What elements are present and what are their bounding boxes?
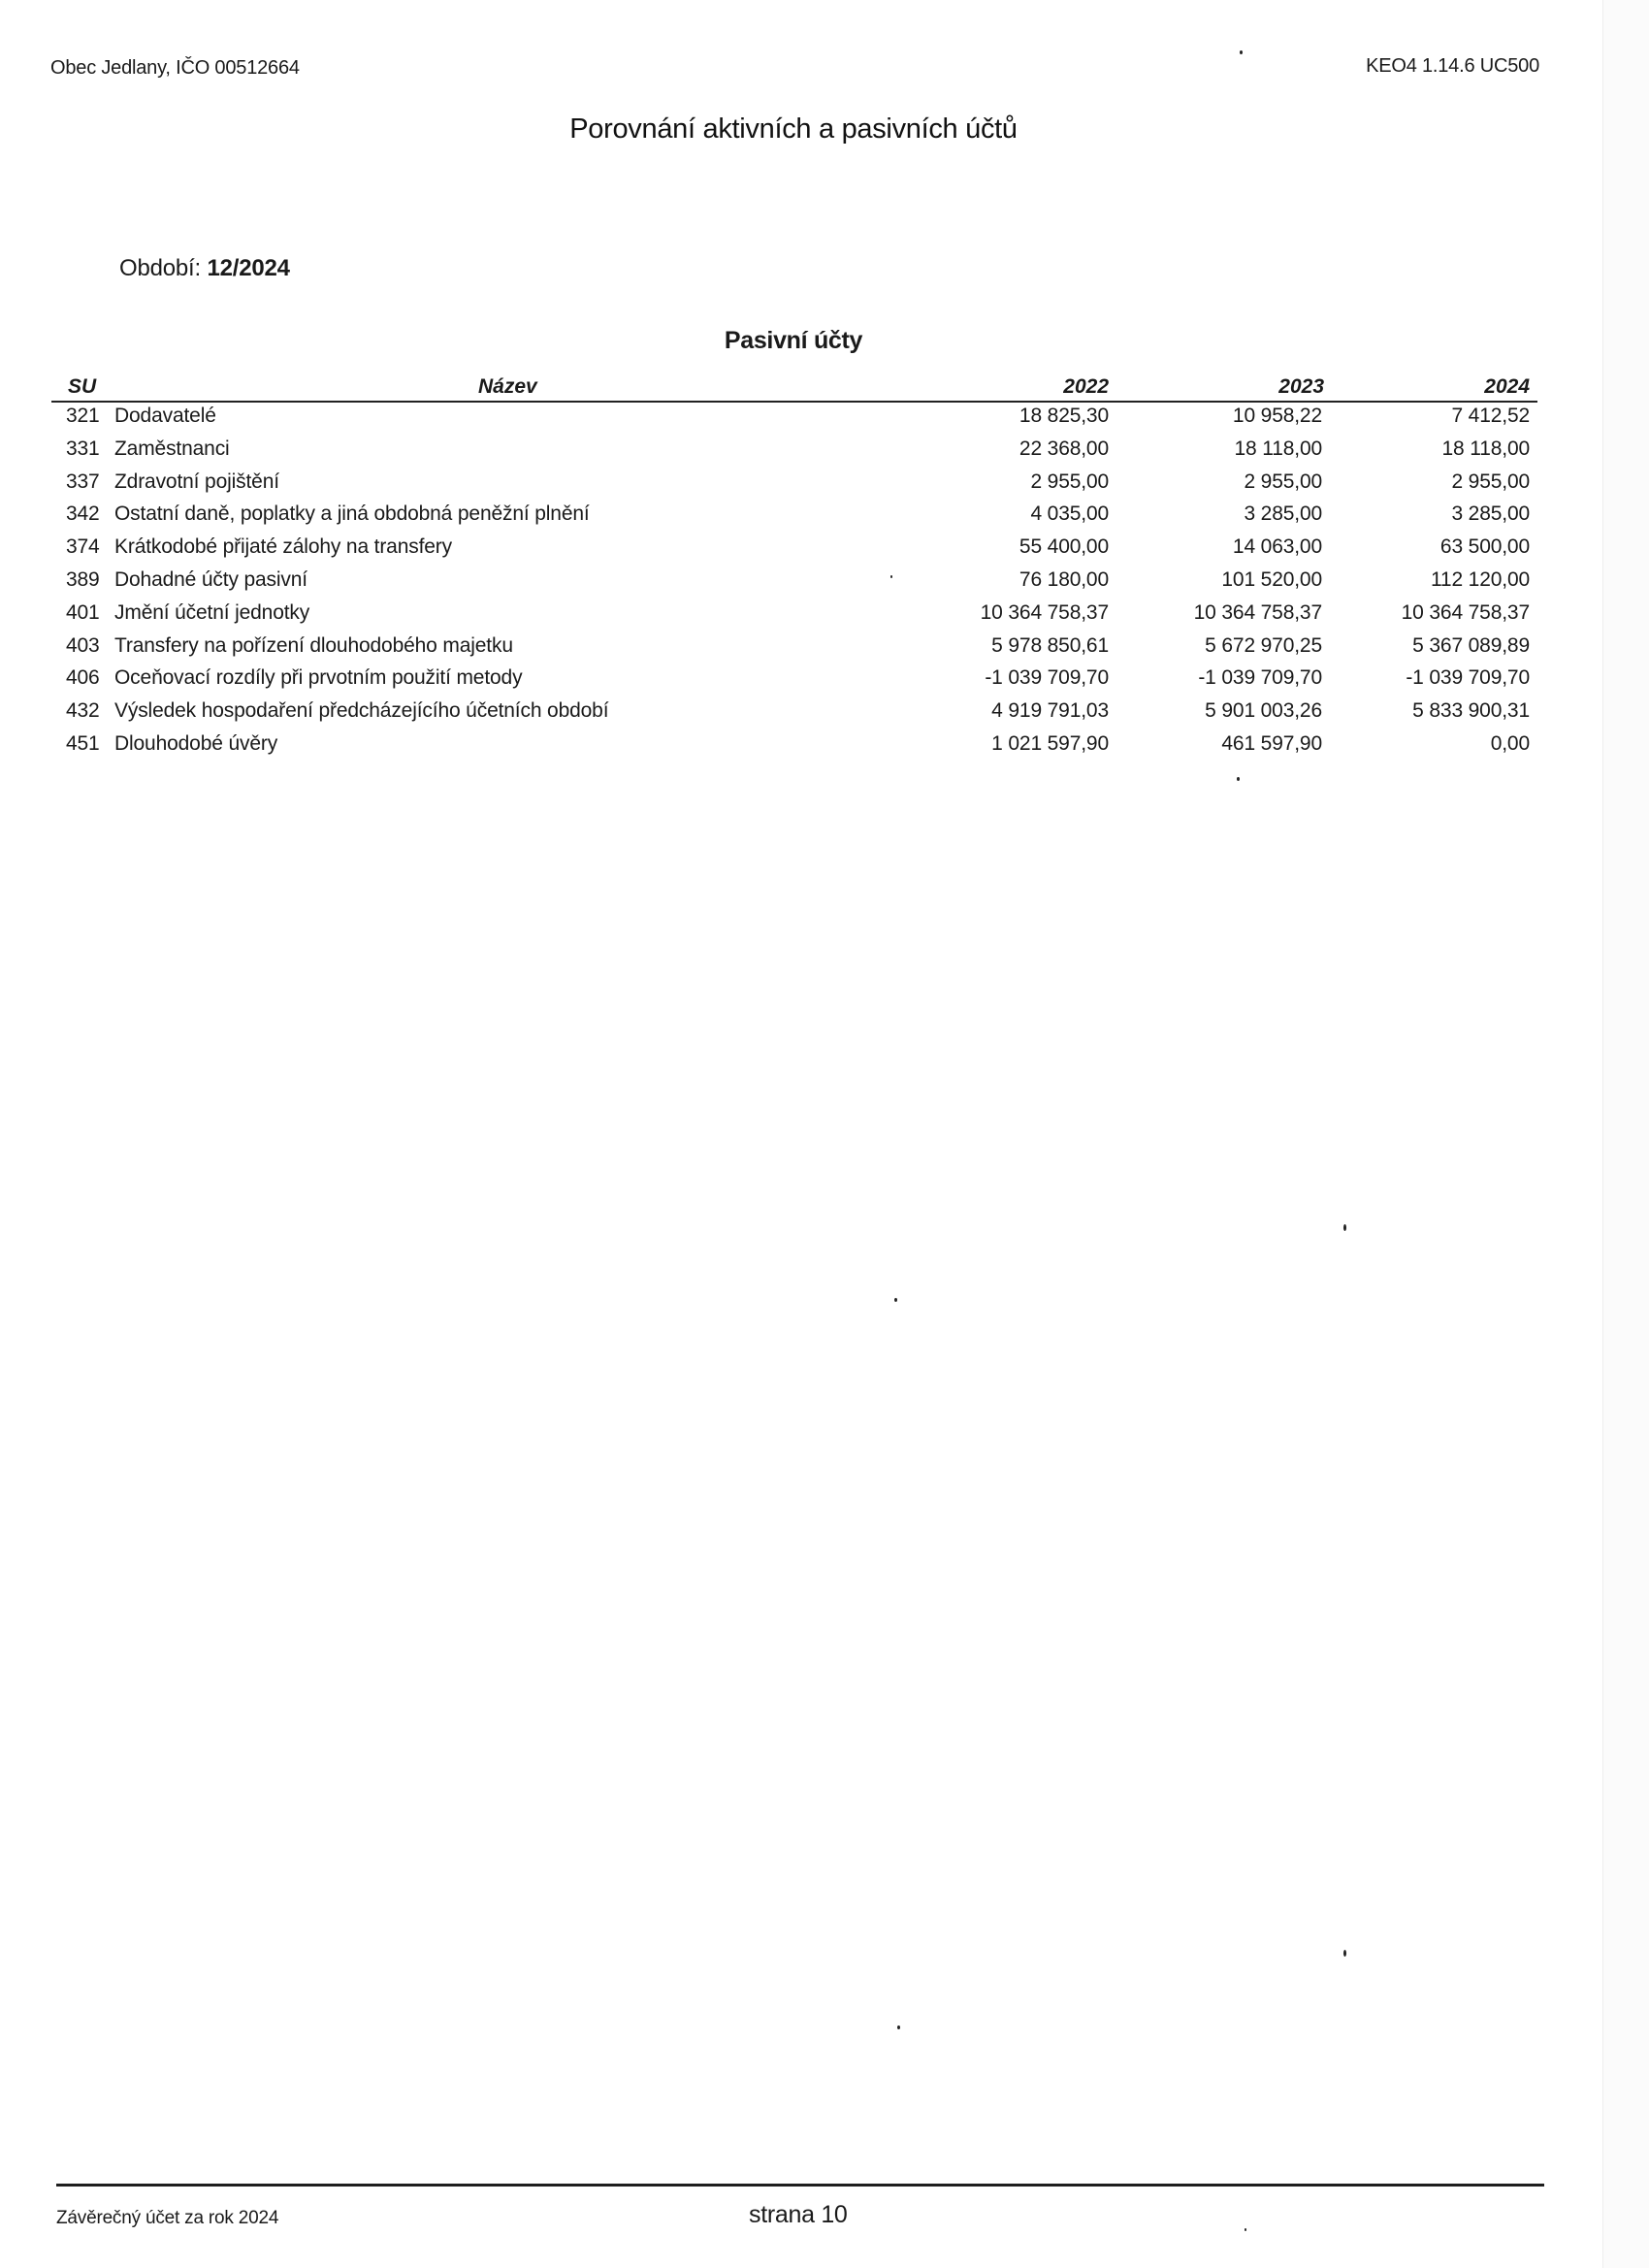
table-row: 389 Dohadné účty pasivní 76 180,00 101 5…: [51, 565, 1537, 598]
scan-speck: [1245, 2228, 1246, 2231]
footer-divider: [56, 2184, 1544, 2187]
value-2024: 63 500,00: [1440, 535, 1530, 559]
account-number: 451: [66, 732, 100, 756]
account-number: 337: [66, 470, 100, 494]
table-row: 321 Dodavatelé 18 825,30 10 958,22 7 412…: [51, 401, 1537, 434]
value-2024: 112 120,00: [1431, 568, 1530, 592]
value-2022: 22 368,00: [1019, 437, 1109, 461]
account-name: Dlouhodobé úvěry: [114, 732, 277, 756]
value-2022: 10 364 758,37: [981, 601, 1109, 625]
value-2022: -1 039 709,70: [985, 666, 1109, 690]
value-2023: 461 597,90: [1221, 732, 1322, 756]
table-row: 406 Oceňovací rozdíly při prvotním použi…: [51, 663, 1537, 696]
value-2023: 101 520,00: [1221, 568, 1322, 592]
table-row: 331 Zaměstnanci 22 368,00 18 118,00 18 1…: [51, 434, 1537, 467]
scan-speck: [1240, 50, 1243, 54]
table-row: 337 Zdravotní pojištění 2 955,00 2 955,0…: [51, 467, 1537, 500]
value-2024: 2 955,00: [1451, 470, 1530, 494]
account-number: 342: [66, 502, 100, 526]
account-number: 401: [66, 601, 100, 625]
value-2024: 5 833 900,31: [1412, 699, 1530, 723]
account-name: Oceňovací rozdíly při prvotním použití m…: [114, 666, 522, 690]
value-2022: 55 400,00: [1019, 535, 1109, 559]
value-2024: 10 364 758,37: [1402, 601, 1530, 625]
section-title: Pasivní účty: [0, 327, 1587, 355]
value-2022: 5 978 850,61: [991, 634, 1109, 658]
account-table-body: 321 Dodavatelé 18 825,30 10 958,22 7 412…: [51, 401, 1537, 761]
table-row: 432 Výsledek hospodaření předcházejícího…: [51, 696, 1537, 729]
page-number: strana 10: [749, 2201, 848, 2229]
value-2024: -1 039 709,70: [1406, 666, 1530, 690]
organization-header: Obec Jedlany, IČO 00512664: [50, 57, 300, 80]
value-2023: 2 955,00: [1244, 470, 1322, 494]
value-2024: 3 285,00: [1451, 502, 1530, 526]
account-number: 321: [66, 405, 100, 428]
value-2024: 5 367 089,89: [1412, 634, 1530, 658]
column-header-su: SU: [68, 375, 96, 399]
scan-edge: [1602, 0, 1649, 2268]
account-name: Dodavatelé: [114, 405, 216, 428]
scan-speck: [897, 2025, 900, 2029]
account-number: 406: [66, 666, 100, 690]
value-2022: 4 919 791,03: [991, 699, 1109, 723]
value-2023: 14 063,00: [1233, 535, 1322, 559]
scan-speck: [894, 1298, 897, 1302]
account-name: Výsledek hospodaření předcházejícího úče…: [114, 699, 608, 723]
period-value: 12/2024: [207, 255, 289, 281]
value-2022: 1 021 597,90: [991, 732, 1109, 756]
table-row: 403 Transfery na pořízení dlouhodobého m…: [51, 631, 1537, 664]
value-2022: 76 180,00: [1019, 568, 1109, 592]
value-2023: 5 672 970,25: [1205, 634, 1322, 658]
value-2024: 18 118,00: [1441, 437, 1530, 461]
account-number: 374: [66, 535, 100, 559]
account-number: 331: [66, 437, 100, 461]
scan-speck: [1343, 1950, 1346, 1957]
footer-document-name: Závěrečný účet za rok 2024: [56, 2208, 278, 2229]
value-2023: -1 039 709,70: [1198, 666, 1322, 690]
period: Období: 12/2024: [119, 255, 290, 282]
scan-speck: [1343, 1224, 1346, 1231]
value-2024: 0,00: [1491, 732, 1530, 756]
software-version: KEO4 1.14.6 UC500: [1366, 55, 1539, 78]
table-row: 451 Dlouhodobé úvěry 1 021 597,90 461 59…: [51, 729, 1537, 761]
value-2022: 18 825,30: [1019, 405, 1109, 428]
column-header-name: Název: [478, 375, 537, 399]
period-label: Období:: [119, 255, 201, 281]
value-2022: 4 035,00: [1030, 502, 1109, 526]
value-2023: 5 901 003,26: [1205, 699, 1322, 723]
report-title: Porovnání aktivních a pasivních účtů: [0, 113, 1587, 146]
account-number: 403: [66, 634, 100, 658]
table-row: 401 Jmění účetní jednotky 10 364 758,37 …: [51, 598, 1537, 631]
value-2023: 10 958,22: [1233, 405, 1322, 428]
table-row: 342 Ostatní daně, poplatky a jiná obdobn…: [51, 499, 1537, 532]
value-2023: 18 118,00: [1234, 437, 1322, 461]
account-name: Dohadné účty pasivní: [114, 568, 307, 592]
column-header-2022: 2022: [1063, 375, 1109, 399]
scan-speck: [890, 575, 892, 578]
account-name: Ostatní daně, poplatky a jiná obdobná pe…: [114, 502, 590, 526]
column-header-2023: 2023: [1278, 375, 1324, 399]
account-number: 432: [66, 699, 100, 723]
table-header: SU Název 2022 2023 2024: [51, 373, 1537, 403]
scan-speck: [1237, 777, 1240, 781]
account-name: Jmění účetní jednotky: [114, 601, 309, 625]
account-name: Zdravotní pojištění: [114, 470, 279, 494]
value-2023: 3 285,00: [1244, 502, 1322, 526]
table-row: 374 Krátkodobé přijaté zálohy na transfe…: [51, 532, 1537, 565]
account-name: Krátkodobé přijaté zálohy na transfery: [114, 535, 452, 559]
value-2024: 7 412,52: [1451, 405, 1530, 428]
value-2023: 10 364 758,37: [1194, 601, 1322, 625]
account-name: Zaměstnanci: [114, 437, 230, 461]
account-number: 389: [66, 568, 100, 592]
value-2022: 2 955,00: [1030, 470, 1109, 494]
account-name: Transfery na pořízení dlouhodobého majet…: [114, 634, 513, 658]
column-header-2024: 2024: [1484, 375, 1530, 399]
